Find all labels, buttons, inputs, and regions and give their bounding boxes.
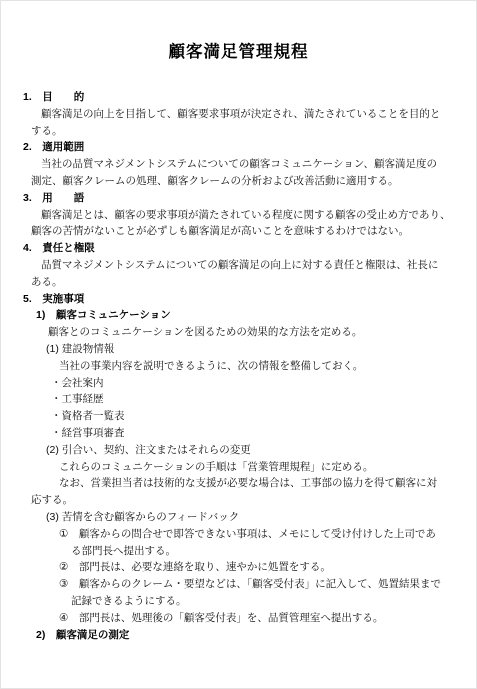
numbered-item: ④ 部門長は、処理後の「顧客受付表」を、品質管理室へ提出する。 [59,610,476,627]
item-heading: (3) 苦情を含む顧客からのフィードバック [46,509,476,526]
item-heading: (2) 引合い、契約、注文またはそれらの変更 [46,442,476,459]
body-text: 測定、顧客クレームの処理、顧客クレームの分析および改善活動に適用する。 [31,173,476,190]
body-text: 顧客満足の向上を目指して、顧客要求事項が決定され、満たされていることを目的と [41,106,476,123]
item-heading: (1) 建設物情報 [46,341,476,358]
body-text: 応する。 [31,492,476,509]
document-page: 顧客満足管理規程 1. 目 的顧客満足の向上を目指して、顧客要求事項が決定され、… [0,0,477,689]
numbered-item: ③ 顧客からのクレーム・要望などは、「顧客受付表」に記入して、処置結果まで [59,576,476,593]
body-text: なお、営業担当者は技術的な支援が必要な場合は、工事部の協力を得て顧客に対 [59,475,476,492]
section-heading: 4. 責任と権限 [23,240,476,257]
body-text: 記録できるようにする。 [71,593,476,610]
body-text: 顧客の苦情がないことが必ずしも顧客満足が高いことを意味するわけではない。 [31,223,476,240]
numbered-item: ① 顧客からの問合せで即答できない事項は、メモにして受け付けした上司であ [59,526,476,543]
body-text: 品質マネジメントシステムについての顧客満足の向上に対する責任と権限は、社長に [41,257,476,274]
section-heading: 3. 用 語 [23,190,476,207]
section-heading: 5. 実施事項 [23,291,476,308]
list-bullet: ・会社案内 [51,375,476,392]
section-heading: 1. 目 的 [23,89,476,106]
body-text: 当社の品質マネジメントシステムについての顧客コミュニケーション、顧客満足度の [41,156,476,173]
list-bullet: ・経営事項審査 [51,425,476,442]
list-bullet: ・資格者一覧表 [51,408,476,425]
document-title: 顧客満足管理規程 [1,41,476,63]
numbered-item: ② 部門長は、必要な連絡を取り、速やかに処置をする。 [59,559,476,576]
subsection-heading: 2) 顧客満足の測定 [36,627,476,644]
body-text: 当社の事業内容を説明できるように、次の情報を整備しておく。 [59,358,476,375]
list-bullet: ・工事経歴 [51,391,476,408]
body-text: 顧客満足とは、顧客の要求事項が満たされている程度に関する顧客の受止め方であり、 [41,207,476,224]
body-text: する。 [31,123,476,140]
body-text: 顧客とのコミュニケーションを図るための効果的な方法を定める。 [48,324,476,341]
subsection-heading: 1) 顧客コミュニケーション [36,307,476,324]
document-body: 1. 目 的顧客満足の向上を目指して、顧客要求事項が決定され、満たされていること… [1,89,476,643]
body-text: これらのコミュニケーションの手順は「営業管理規程」に定める。 [59,459,476,476]
body-text: る部門長へ提出する。 [71,543,476,560]
section-heading: 2. 適用範囲 [23,139,476,156]
body-text: ある。 [31,274,476,291]
